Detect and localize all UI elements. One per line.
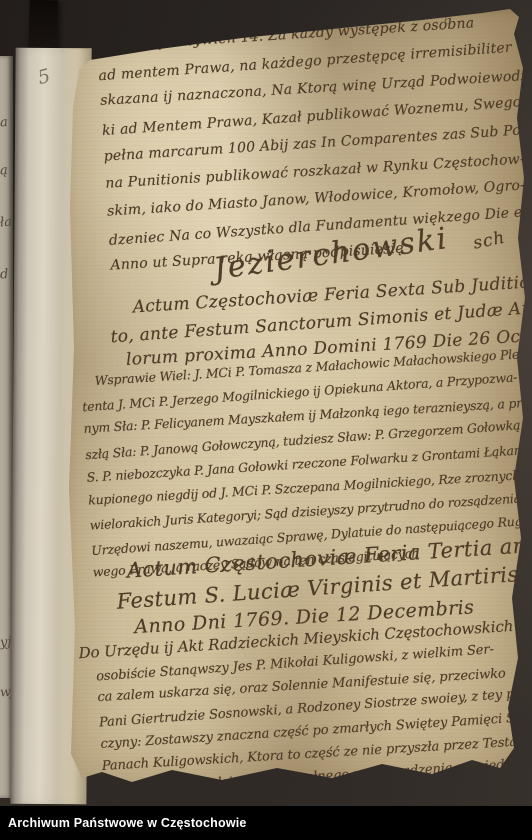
page-edge-text-fragment: d xyxy=(0,268,13,282)
page-edge-text-fragment: ą xyxy=(0,164,13,178)
archive-name-caption: Archiwum Państwowe w Częstochowie xyxy=(8,816,247,830)
page-edge-text-fragment: ła xyxy=(0,216,13,230)
archive-caption-bar: Archiwum Państwowe w Częstochowie xyxy=(0,806,532,840)
page-edge-text-fragment: a xyxy=(0,116,13,130)
signature-flourish: sch xyxy=(472,228,508,254)
manuscript-page: pod winą Grzywien 14. Za każdy występek … xyxy=(62,8,530,794)
